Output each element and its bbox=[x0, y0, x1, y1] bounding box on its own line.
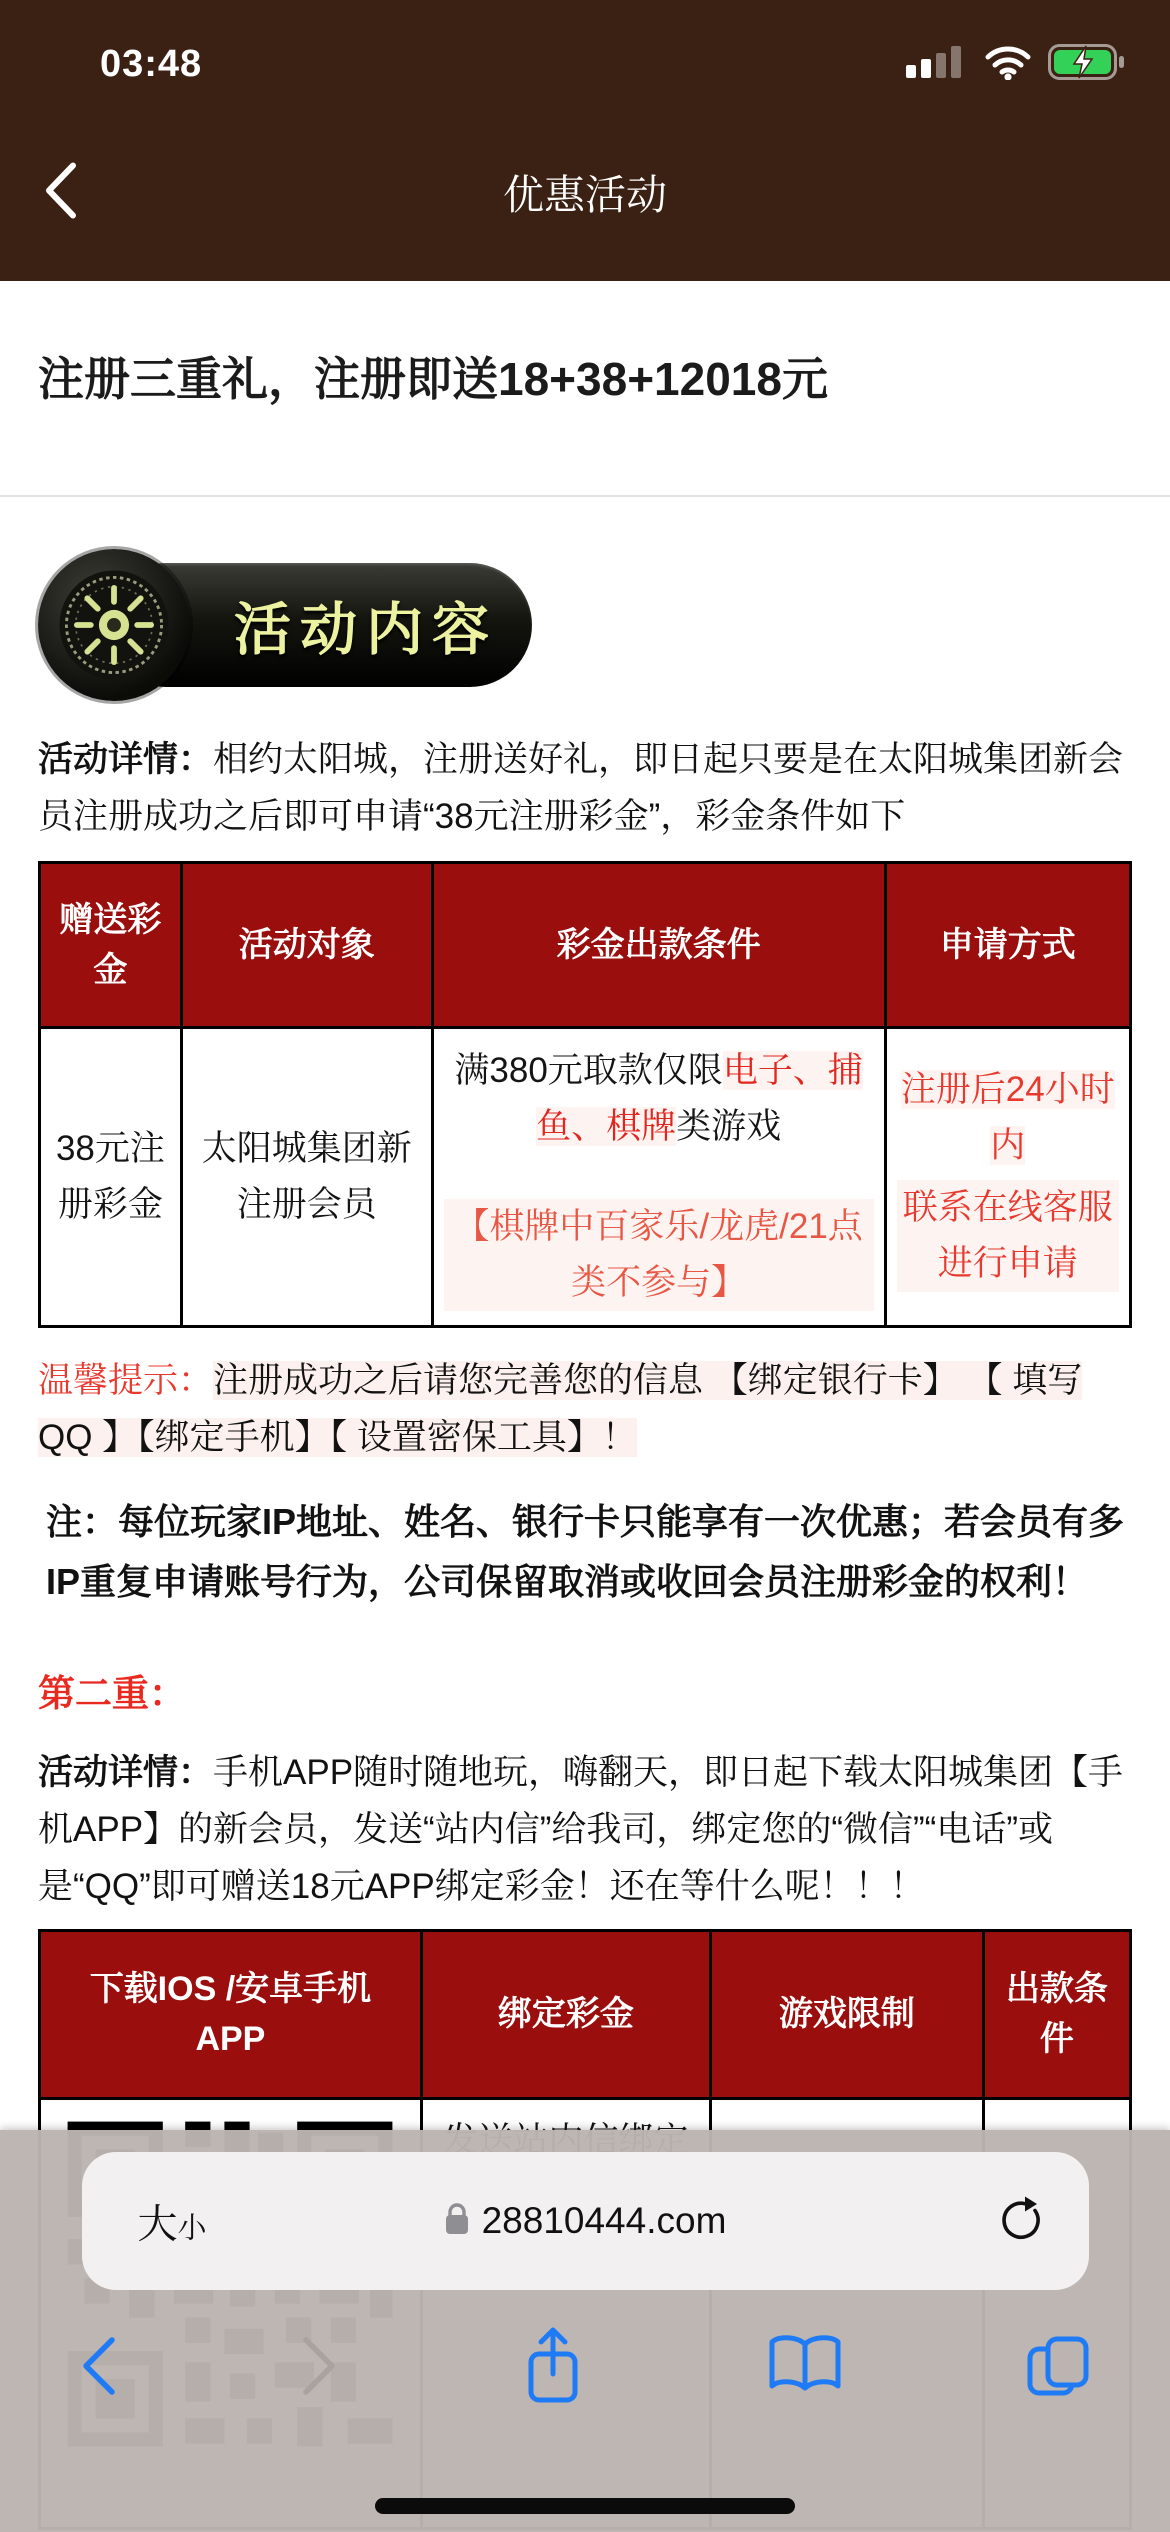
tabs-button[interactable] bbox=[1026, 2333, 1092, 2402]
warm-tip: 温馨提示：注册成功之后请您完善您的信息 【绑定银行卡】 【 填写QQ 】【绑定手… bbox=[38, 1352, 1132, 1466]
share-button[interactable] bbox=[522, 2326, 584, 2409]
page-title: 注册三重礼，注册即送18+38+12018元 bbox=[38, 351, 1132, 409]
cell-conditions: 满380元取款仅限电子、捕鱼、棋牌类游戏 【棋牌中百家乐/龙虎/21点类不参与】 bbox=[432, 1027, 885, 1326]
safari-toolbar bbox=[0, 2290, 1170, 2409]
table-header-row: 下载IOS /安卓手机APP 绑定彩金 游戏限制 出款条件 bbox=[40, 1930, 1131, 2098]
text-size-small-label: 小 bbox=[178, 2206, 207, 2247]
cond-post: 类游戏 bbox=[676, 1107, 781, 1146]
tabs-icon bbox=[1026, 2387, 1092, 2402]
safari-bottom-bar: 大小 28810444.com bbox=[0, 2130, 1170, 2532]
col-header: 游戏限制 bbox=[710, 1930, 983, 2098]
col-header: 赠送彩金 bbox=[40, 862, 182, 1027]
note-paragraph: 注：每位玩家IP地址、姓名、银行卡只能享有一次优惠；若会员有多IP重复申请账号行… bbox=[38, 1492, 1132, 1612]
activity-badge: 活动内容 bbox=[38, 549, 568, 701]
status-bar: 03:48 bbox=[0, 0, 1170, 102]
table-header-row: 赠送彩金 活动对象 彩金出款条件 申请方式 bbox=[40, 862, 1131, 1027]
cell-bonus: 38元注册彩金 bbox=[40, 1027, 182, 1326]
chevron-right-icon bbox=[300, 2386, 340, 2401]
second-tier-label: 第二重： bbox=[38, 1670, 1132, 1718]
back-button[interactable] bbox=[78, 2334, 118, 2401]
p2-label: 活动详情： bbox=[38, 1753, 213, 1792]
tip-label: 温馨提示： bbox=[38, 1361, 213, 1400]
col-header: 活动对象 bbox=[181, 862, 432, 1027]
col-header: 绑定彩金 bbox=[421, 1930, 710, 2098]
apply-line1: 注册后24小时内 bbox=[901, 1070, 1115, 1165]
bookmarks-button[interactable] bbox=[766, 2334, 844, 2401]
status-icons bbox=[906, 44, 1126, 85]
activity-detail-2: 活动详情：手机APP随时随地玩，嗨翻天，即日起下载太阳城集团【手机APP】的新会… bbox=[38, 1744, 1132, 1915]
nav-back-button[interactable] bbox=[44, 161, 78, 222]
url-domain: 28810444.com bbox=[482, 2200, 727, 2242]
col-header: 下载IOS /安卓手机APP bbox=[40, 1930, 422, 2098]
text-size-button[interactable]: 大小 bbox=[138, 2193, 207, 2250]
domain-group: 28810444.com bbox=[444, 2200, 727, 2242]
title-divider bbox=[0, 495, 1170, 497]
nav-bar: 优惠活动 bbox=[0, 102, 1170, 281]
wifi-icon bbox=[984, 44, 1032, 85]
cellular-signal-icon bbox=[906, 46, 968, 83]
book-icon bbox=[766, 2386, 844, 2401]
text-size-large-label: 大 bbox=[138, 2193, 178, 2250]
nav-title: 优惠活动 bbox=[503, 162, 667, 221]
share-icon bbox=[522, 2394, 584, 2409]
cell-apply: 注册后24小时内 联系在线客服进行申请 bbox=[885, 1027, 1131, 1326]
cond-note: 【棋牌中百家乐/龙虎/21点类不参与】 bbox=[444, 1199, 874, 1311]
top-header: 03:48 bbox=[0, 0, 1170, 281]
cond-pre: 满380元取款仅限 bbox=[454, 1051, 722, 1090]
sun-medallion-icon bbox=[38, 549, 190, 701]
battery-charging-icon bbox=[1048, 44, 1126, 85]
badge-label: 活动内容 bbox=[234, 584, 498, 666]
table-row: 38元注册彩金 太阳城集团新注册会员 满380元取款仅限电子、捕鱼、棋牌类游戏 … bbox=[40, 1027, 1131, 1326]
reload-button[interactable] bbox=[997, 2196, 1045, 2247]
col-header: 彩金出款条件 bbox=[432, 862, 885, 1027]
chevron-left-icon bbox=[78, 2386, 118, 2401]
p1-label: 活动详情： bbox=[38, 740, 213, 779]
col-header: 出款条件 bbox=[983, 1930, 1130, 2098]
phone-screen: 03:48 bbox=[0, 0, 1170, 2532]
col-header: 申请方式 bbox=[885, 862, 1131, 1027]
chevron-left-icon bbox=[44, 207, 78, 222]
lock-icon bbox=[444, 2202, 470, 2241]
reload-icon bbox=[997, 2232, 1045, 2247]
forward-button[interactable] bbox=[300, 2334, 340, 2401]
status-time: 03:48 bbox=[100, 43, 202, 86]
address-bar[interactable]: 大小 28810444.com bbox=[82, 2152, 1089, 2290]
home-indicator[interactable] bbox=[375, 2498, 795, 2514]
activity-detail-1: 活动详情：相约太阳城，注册送好礼，即日起只要是在太阳城集团新会员注册成功之后即可… bbox=[38, 731, 1132, 845]
apply-line2: 联系在线客服进行申请 bbox=[897, 1180, 1120, 1292]
cell-target: 太阳城集团新注册会员 bbox=[181, 1027, 432, 1326]
bonus-table: 赠送彩金 活动对象 彩金出款条件 申请方式 38元注册彩金 太阳城集团新注册会员… bbox=[38, 861, 1132, 1328]
